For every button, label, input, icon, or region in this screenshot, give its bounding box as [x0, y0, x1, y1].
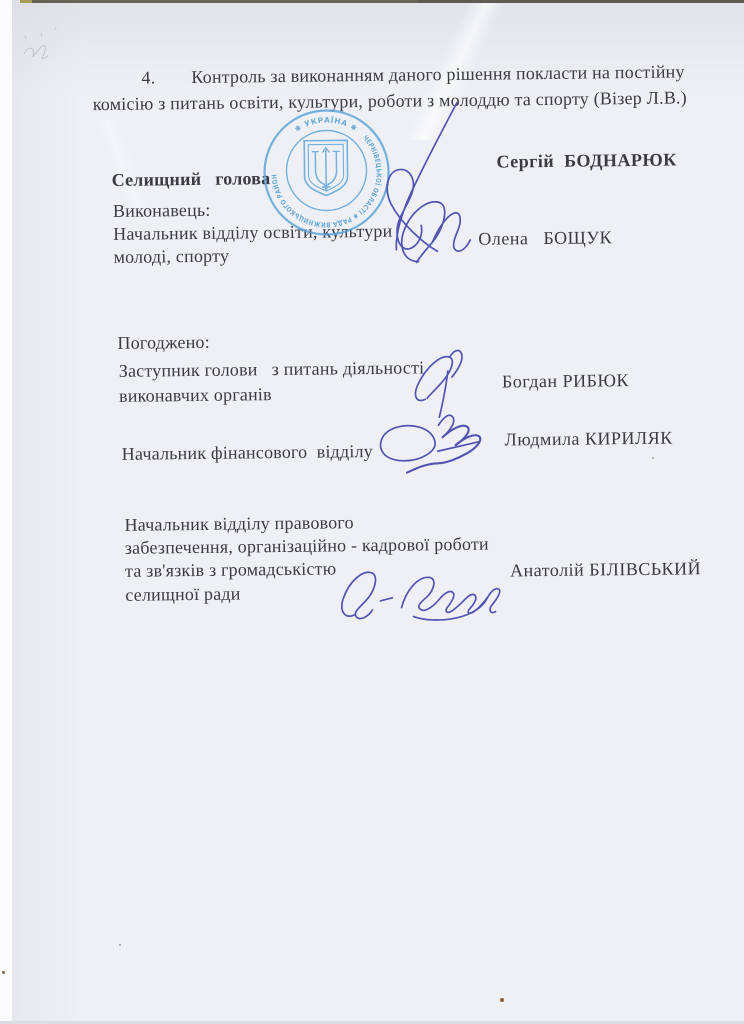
stamp-ring-text: ЧЕРНІВЕЦЬКОЇ ОБЛАСТІ ✱ РАДА ВИЖНИЦЬКОГО …	[0, 0, 383, 232]
svg-text:ЧЕРНІВЕЦЬКОЇ ОБЛАСТІ ✱ РАДА ВИ: ЧЕРНІВЕЦЬКОЇ ОБЛАСТІ ✱ РАДА ВИЖНИЦЬКОГО …	[0, 0, 383, 232]
legal-title-line4: селищної ради	[125, 583, 240, 606]
paragraph-number: 4.	[141, 66, 155, 88]
paragraph-line1: 4.Контроль за виконанням даного рішення …	[93, 60, 684, 89]
executor-label: Виконавець:	[113, 199, 211, 222]
tryzub-shield-icon	[304, 140, 348, 195]
document-content: 4.Контроль за виконанням даного рішення …	[0, 0, 744, 1024]
paragraph-line2: комісію з питань освіти, культури, робот…	[93, 86, 687, 115]
svg-text:✱ УКРАЇНА ✱: ✱ УКРАЇНА ✱	[293, 115, 359, 134]
stamp-outer-circle	[264, 110, 389, 235]
executor-title-line2: молоді, спорту	[113, 245, 229, 268]
scanned-document-page: 4.Контроль за виконанням даного рішення …	[0, 0, 744, 1024]
finance-title: Начальник фінансового відділу	[122, 440, 373, 465]
paragraph-line1-text: Контроль за виконанням даного рішення по…	[191, 61, 684, 87]
signature-bilivskyi	[341, 571, 500, 621]
executor-title-line1: Начальник відділу освіти, культури	[113, 220, 392, 245]
legal-title-line2: забезпечення, організаційно - кадрової р…	[125, 533, 489, 559]
deputy-title-line2: виконавчих органів	[119, 383, 272, 407]
legal-name: Анатолій БІЛІВСЬКИЙ	[510, 557, 701, 581]
pencil-mark	[24, 28, 56, 59]
dust-speck	[2, 971, 5, 974]
signature-kyrylyak	[380, 415, 480, 473]
signature-boshchuk	[401, 201, 470, 262]
stamp-country-text: ✱ УКРАЇНА ✱	[293, 115, 359, 134]
legal-title-line3: та зв'язків з громадськістю	[125, 557, 337, 581]
deputy-name: Богдан РИБЮК	[502, 369, 629, 392]
stamp-inner-circle	[286, 130, 367, 211]
signature-bodnaryuk	[386, 103, 458, 252]
agreed-label: Погоджено:	[117, 331, 210, 354]
legal-title-line1: Начальник відділу правового	[124, 511, 353, 536]
deputy-title-line1: Заступник голови з питань діяльності	[119, 356, 425, 381]
finance-name: Людмила КИРИЛЯК	[504, 427, 672, 451]
head-name: Сергій БОДНАРЮК	[496, 149, 677, 173]
executor-name: Олена БОЩУК	[478, 226, 612, 250]
head-title: Селищний голова	[111, 167, 270, 191]
